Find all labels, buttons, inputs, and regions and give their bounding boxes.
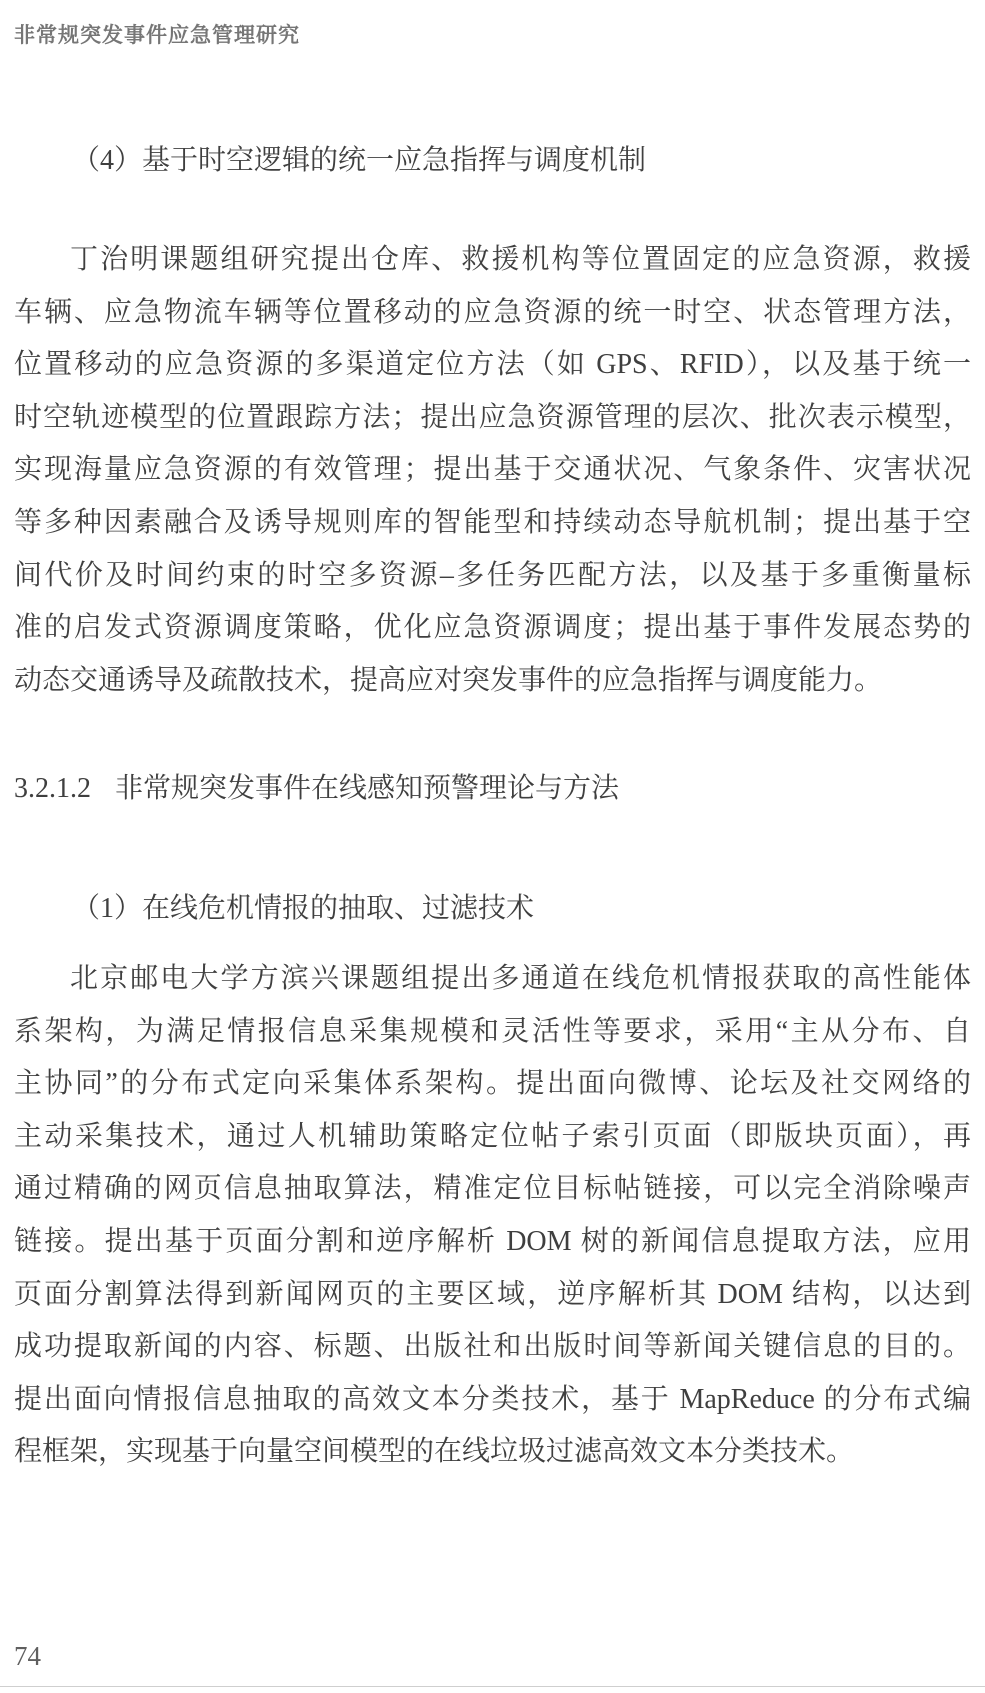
paragraph-line: 主协同”的分布式定向采集体系架构。提出面向微博、论坛及社交网络的 — [14, 1058, 971, 1111]
paragraph-2: 北京邮电大学方滨兴课题组提出多通道在线危机情报获取的高性能体 系架构，为满足情报… — [14, 953, 971, 1479]
subsection-heading-4: （4）基于时空逻辑的统一应急指挥与调度机制 — [72, 141, 646, 181]
paragraph-line: 提出面向情报信息抽取的高效文本分类技术，基于 MapReduce 的分布式编 — [14, 1374, 971, 1427]
paragraph-line: 准的启发式资源调度策略，优化应急资源调度；提出基于事件发展态势的 — [14, 602, 971, 655]
paragraph-line: 主动采集技术，通过人机辅助策略定位帖子索引页面（即版块页面），再 — [14, 1111, 971, 1164]
paragraph-1: 丁治明课题组研究提出仓库、救援机构等位置固定的应急资源，救援 车辆、应急物流车辆… — [14, 234, 971, 707]
paragraph-line: 车辆、应急物流车辆等位置移动的应急资源的统一时空、状态管理方法， — [14, 287, 971, 340]
subsection-heading-1: （1）在线危机情报的抽取、过滤技术 — [72, 889, 534, 929]
section-number: 3.2.1.2 — [14, 773, 91, 804]
paragraph-line: 位置移动的应急资源的多渠道定位方法（如 GPS、RFID），以及基于统一 — [14, 339, 971, 392]
section-heading: 3.2.1.2非常规突发事件在线感知预警理论与方法 — [14, 769, 619, 809]
section-title: 非常规突发事件在线感知预警理论与方法 — [115, 773, 619, 804]
book-page: 非常规突发事件应急管理研究 （4）基于时空逻辑的统一应急指挥与调度机制 丁治明课… — [0, 0, 985, 1693]
paragraph-line: 等多种因素融合及诱导规则库的智能型和持续动态导航机制；提出基于空 — [14, 497, 971, 550]
paragraph-line: 北京邮电大学方滨兴课题组提出多通道在线危机情报获取的高性能体 — [14, 953, 971, 1006]
paragraph-line: 间代价及时间约束的时空多资源–多任务匹配方法，以及基于多重衡量标 — [14, 550, 971, 603]
paragraph-line: 时空轨迹模型的位置跟踪方法；提出应急资源管理的层次、批次表示模型， — [14, 392, 971, 445]
paragraph-line: 页面分割算法得到新闻网页的主要区域，逆序解析其 DOM 结构，以达到 — [14, 1269, 971, 1322]
running-head: 非常规突发事件应急管理研究 — [14, 19, 300, 49]
paragraph-line: 程框架，实现基于向量空间模型的在线垃圾过滤高效文本分类技术。 — [14, 1426, 971, 1479]
paragraph-line: 动态交通诱导及疏散技术，提高应对突发事件的应急指挥与调度能力。 — [14, 655, 971, 708]
paragraph-line: 成功提取新闻的内容、标题、出版社和出版时间等新闻关键信息的目的。 — [14, 1321, 971, 1374]
page-number: 74 — [14, 1641, 41, 1672]
paragraph-line: 实现海量应急资源的有效管理；提出基于交通状况、气象条件、灾害状况 — [14, 444, 971, 497]
paragraph-line: 链接。提出基于页面分割和逆序解析 DOM 树的新闻信息提取方法，应用 — [14, 1216, 971, 1269]
paragraph-line: 丁治明课题组研究提出仓库、救援机构等位置固定的应急资源，救援 — [14, 234, 971, 287]
paragraph-line: 通过精确的网页信息抽取算法，精准定位目标帖链接，可以完全消除噪声 — [14, 1163, 971, 1216]
paragraph-line: 系架构，为满足情报信息采集规模和灵活性等要求，采用“主从分布、自 — [14, 1006, 971, 1059]
bottom-rule-divider — [0, 1686, 985, 1687]
